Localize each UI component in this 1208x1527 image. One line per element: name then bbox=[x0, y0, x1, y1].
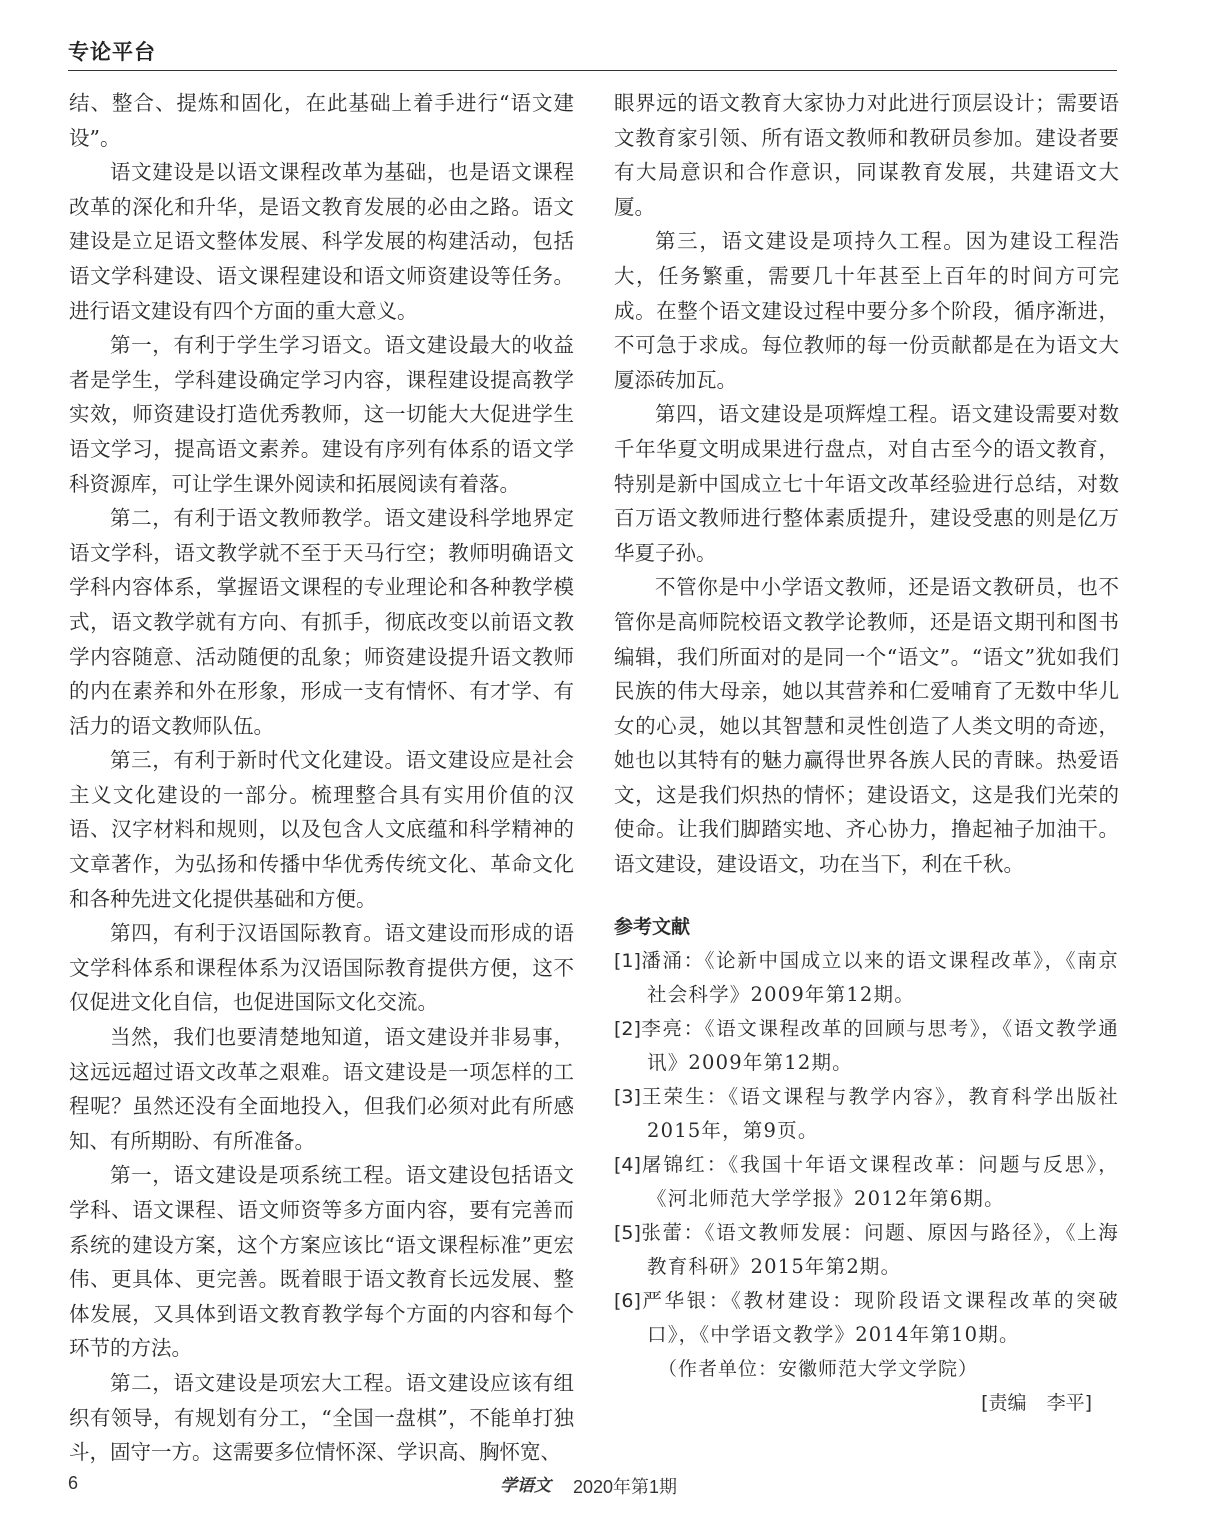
paragraph: 眼界远的语文教育大家协力对此进行顶层设计；需要语文教育家引领、所有语文教师和教研… bbox=[614, 86, 1119, 224]
reference-text: 严华银：《教材建设：现阶段语文课程改革的突破口》，《中学语文教学》2014年第1… bbox=[641, 1289, 1119, 1347]
editor-credit: [责编 李平] bbox=[614, 1386, 1119, 1420]
paragraph: 结、整合、提炼和固化，在此基础上着手进行“语文建设”。 bbox=[69, 86, 574, 155]
journal-name: 学语文 bbox=[500, 1471, 551, 1496]
reference-text: 张蕾：《语文教师发展：问题、原因与路径》，《上海教育科研》2015年第2期。 bbox=[641, 1221, 1119, 1279]
reference-item: [5]张蕾：《语文教师发展：问题、原因与路径》，《上海教育科研》2015年第2期… bbox=[614, 1216, 1119, 1284]
author-affiliation: （作者单位：安徽师范大学文学院） bbox=[614, 1352, 1119, 1386]
paragraph: 第一，语文建设是项系统工程。语文建设包括语文学科、语文课程、语文师资等多方面内容… bbox=[69, 1158, 574, 1366]
paragraph: 第三，有利于新时代文化建设。语文建设应是社会主义文化建设的一部分。梳理整合具有实… bbox=[69, 743, 574, 916]
reference-item: [2]李亮：《语文课程改革的回顾与思考》，《语文教学通讯》2009年第12期。 bbox=[614, 1012, 1119, 1080]
reference-number: [6] bbox=[614, 1290, 641, 1312]
paragraph: 语文建设是以语文课程改革为基础，也是语文课程改革的深化和升华，是语文教育发展的必… bbox=[69, 155, 574, 328]
reference-text: 屠锦红：《我国十年语文课程改革：问题与反思》，《河北师范大学学报》2012年第6… bbox=[641, 1153, 1119, 1211]
paragraph: 第四，语文建设是项辉煌工程。语文建设需要对数千年华夏文明成果进行盘点，对自古至今… bbox=[614, 397, 1119, 570]
reference-number: [1] bbox=[614, 950, 641, 972]
header-rule bbox=[68, 70, 1117, 71]
reference-item: [1]潘涌：《论新中国成立以来的语文课程改革》，《南京社会科学》2009年第12… bbox=[614, 944, 1119, 1012]
right-column: 眼界远的语文教育大家协力对此进行顶层设计；需要语文教育家引领、所有语文教师和教研… bbox=[614, 86, 1119, 1420]
reference-item: [4]屠锦红：《我国十年语文课程改革：问题与反思》，《河北师范大学学报》2012… bbox=[614, 1148, 1119, 1216]
page-number: 6 bbox=[68, 1473, 78, 1494]
paragraph: 第三，语文建设是项持久工程。因为建设工程浩大，任务繁重，需要几十年甚至上百年的时… bbox=[614, 224, 1119, 397]
paragraph: 第二，有利于语文教师教学。语文建设科学地界定语文学科，语文教学就不至于天马行空；… bbox=[69, 501, 574, 743]
left-column: 结、整合、提炼和固化，在此基础上着手进行“语文建设”。 语文建设是以语文课程改革… bbox=[69, 86, 574, 1470]
reference-number: [3] bbox=[614, 1086, 641, 1108]
paragraph: 当然，我们也要清楚地知道，语文建设并非易事，这远远超过语文改革之艰难。语文建设是… bbox=[69, 1020, 574, 1158]
reference-text: 李亮：《语文课程改革的回顾与思考》，《语文教学通讯》2009年第12期。 bbox=[641, 1017, 1119, 1075]
paragraph: 第四，有利于汉语国际教育。语文建设而形成的语文学科体系和课程体系为汉语国际教育提… bbox=[69, 916, 574, 1020]
paragraph: 第二，语文建设是项宏大工程。语文建设应该有组织有领导，有规划有分工，“全国一盘棋… bbox=[69, 1366, 574, 1470]
reference-item: [3]王荣生：《语文课程与教学内容》，教育科学出版社2015年，第9页。 bbox=[614, 1080, 1119, 1148]
reference-text: 王荣生：《语文课程与教学内容》，教育科学出版社2015年，第9页。 bbox=[641, 1085, 1119, 1143]
section-title: 专论平台 bbox=[68, 36, 156, 66]
paragraph: 不管你是中小学语文教师，还是语文教研员，也不管你是高师院校语文教学论教师，还是语… bbox=[614, 570, 1119, 881]
reference-number: [2] bbox=[614, 1018, 641, 1040]
reference-number: [4] bbox=[614, 1154, 641, 1176]
reference-item: [6]严华银：《教材建设：现阶段语文课程改革的突破口》，《中学语文教学》2014… bbox=[614, 1284, 1119, 1352]
paragraph: 第一，有利于学生学习语文。语文建设最大的收益者是学生，学科建设确定学习内容，课程… bbox=[69, 328, 574, 501]
references-heading: 参考文献 bbox=[614, 910, 1119, 944]
issue-label: 2020年第1期 bbox=[573, 1473, 677, 1499]
reference-number: [5] bbox=[614, 1222, 641, 1244]
reference-text: 潘涌：《论新中国成立以来的语文课程改革》，《南京社会科学》2009年第12期。 bbox=[641, 949, 1119, 1007]
